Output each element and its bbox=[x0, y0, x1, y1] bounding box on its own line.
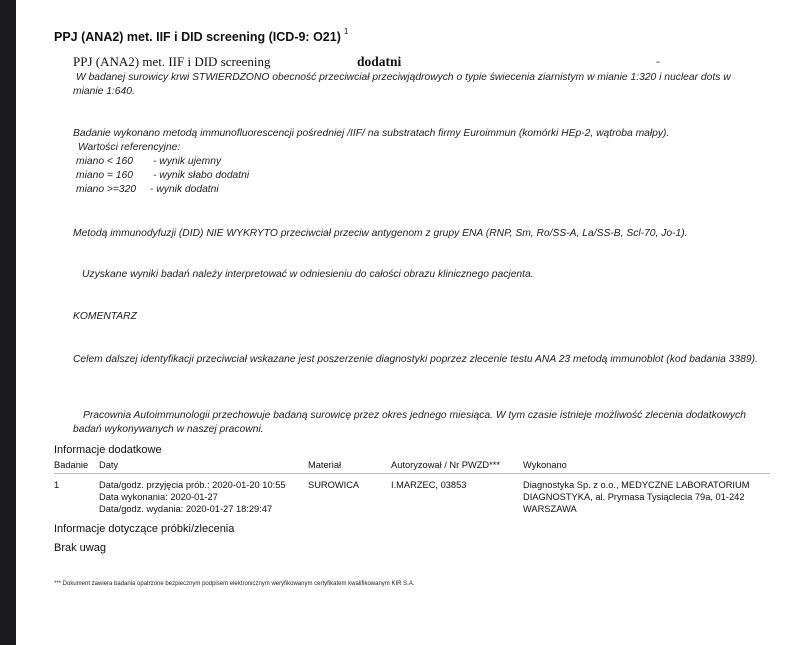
did-result: Metodą immunodyfuzji (DID) NIE WYKRYTO p… bbox=[73, 227, 688, 241]
reference-range: miano < 160 bbox=[76, 155, 153, 169]
date-line: Data/godz. wydania: 2020-01-27 18:29:47 bbox=[99, 503, 308, 515]
result-name: PPJ (ANA2) met. IIF i DID screening bbox=[73, 54, 271, 70]
column-header-daty: Daty bbox=[99, 460, 308, 470]
column-header-badanie: Badanie bbox=[54, 460, 99, 470]
reference-meaning: - wynik słabo dodatni bbox=[153, 169, 249, 183]
additional-info-table: Badanie Daty Materiał Autoryzował / Nr P… bbox=[54, 460, 770, 515]
signature-footnote: *** Dokument zawiera badania opatrzone b… bbox=[54, 581, 414, 587]
sample-info-value: Brak uwag bbox=[54, 542, 106, 554]
lab-line: Diagnostyka Sp. z o.o., MEDYCZNE LABORAT… bbox=[523, 479, 770, 491]
cell-daty: Data/godz. przyjęcia prób.: 2020-01-20 1… bbox=[99, 479, 308, 515]
reference-row: miano < 160 - wynik ujemny bbox=[76, 155, 249, 169]
cell-badanie: 1 bbox=[54, 479, 99, 515]
column-header-wykonano: Wykonano bbox=[523, 460, 770, 470]
test-title-footnote-mark: 1 bbox=[344, 27, 348, 36]
lab-line: WARSZAWA bbox=[523, 503, 770, 515]
reference-row: miano = 160 - wynik słabo dodatni bbox=[76, 169, 249, 183]
table-row: 1 Data/godz. przyjęcia prób.: 2020-01-20… bbox=[54, 479, 770, 515]
reference-row: miano >=320 - wynik dodatni bbox=[76, 183, 249, 197]
storage-note: Pracownia Autoimmunologii przechowuje ba… bbox=[73, 409, 778, 437]
result-description-line: mianie 1:640. bbox=[73, 85, 773, 99]
reference-meaning: - wynik dodatni bbox=[150, 183, 219, 197]
method-description: Badanie wykonano metodą immunofluorescen… bbox=[73, 127, 669, 141]
column-header-autoryzowal: Autoryzował / Nr PWZD*** bbox=[391, 460, 523, 470]
date-line: Data/godz. przyjęcia prób.: 2020-01-20 1… bbox=[99, 479, 308, 491]
column-header-material: Materiał bbox=[308, 460, 391, 470]
additional-info-heading: Informacje dodatkowe bbox=[54, 444, 162, 456]
test-title: PPJ (ANA2) met. IIF i DID screening (ICD… bbox=[54, 29, 348, 44]
viewer-left-edge bbox=[0, 0, 16, 645]
cell-wykonano: Diagnostyka Sp. z o.o., MEDYCZNE LABORAT… bbox=[523, 479, 770, 515]
storage-note-line: Pracownia Autoimmunologii przechowuje ba… bbox=[73, 409, 778, 423]
reference-values: Wartości referencyjne: miano < 160 - wyn… bbox=[76, 141, 249, 197]
result-description: W badanej surowicy krwi STWIERDZONO obec… bbox=[73, 71, 773, 99]
reference-range: miano = 160 bbox=[76, 169, 153, 183]
test-title-text: PPJ (ANA2) met. IIF i DID screening (ICD… bbox=[54, 30, 341, 44]
cell-autoryzowal: I.MARZEC, 03853 bbox=[391, 479, 523, 515]
date-line: Data wykonania: 2020-01-27 bbox=[99, 491, 308, 503]
comment-text: Celem dalszej identyfikacji przeciwciał … bbox=[73, 353, 763, 367]
storage-note-line: badań wykonywanych w naszej pracowni. bbox=[73, 423, 778, 437]
cell-material: SUROWICA bbox=[308, 479, 391, 515]
reference-meaning: - wynik ujemny bbox=[153, 155, 221, 169]
lab-line: DIAGNOSTYKA, al. Prymasa Tysiąclecia 79a… bbox=[523, 491, 770, 503]
reference-range: miano >=320 bbox=[76, 183, 150, 197]
comment-header: KOMENTARZ bbox=[73, 310, 137, 324]
result-unit: - bbox=[656, 54, 660, 69]
sample-info-heading: Informacje dotyczące próbki/zlecenia bbox=[54, 523, 234, 535]
result-description-line: W badanej surowicy krwi STWIERDZONO obec… bbox=[73, 71, 773, 85]
table-header: Badanie Daty Materiał Autoryzował / Nr P… bbox=[54, 460, 770, 474]
reference-header: Wartości referencyjne: bbox=[76, 141, 249, 155]
interpretation-note: Uzyskane wyniki badań należy interpretow… bbox=[82, 268, 534, 282]
result-value: dodatni bbox=[357, 54, 401, 70]
